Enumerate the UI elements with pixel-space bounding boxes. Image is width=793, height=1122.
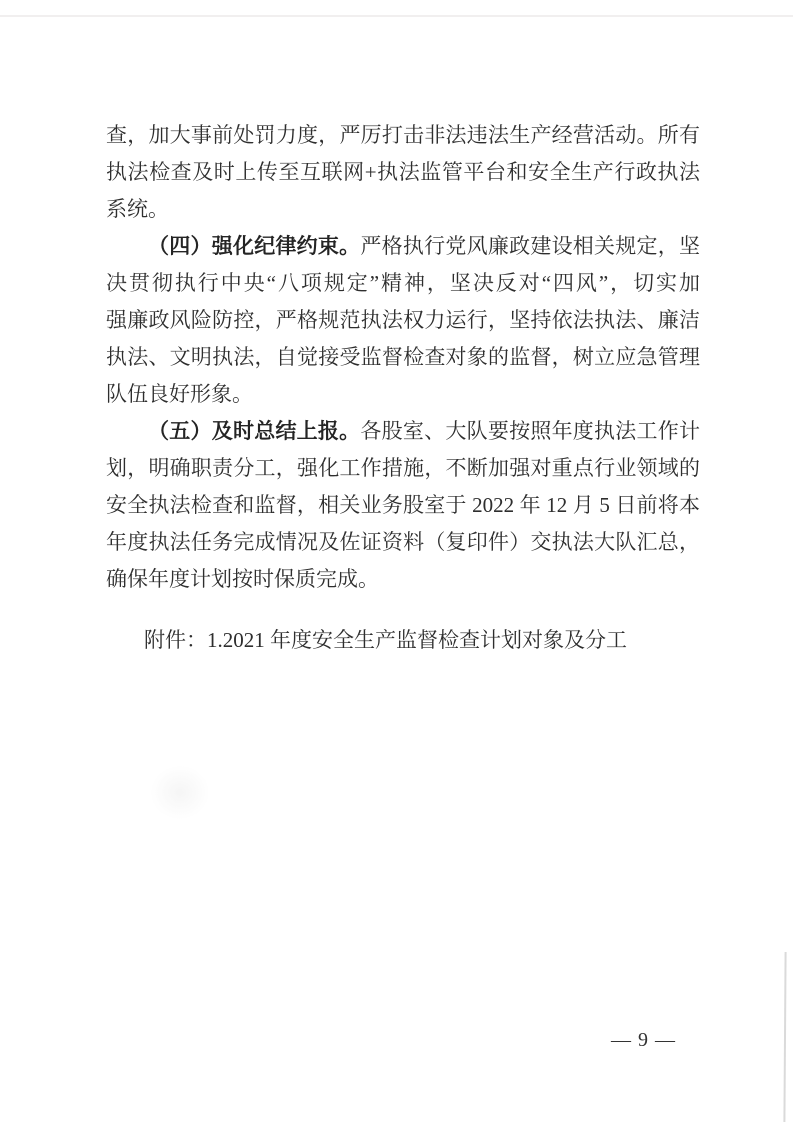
document-body: 查，加大事前处罚力度，严厉打击非法违法生产经营活动。所有执法检查及时上传至互联网… <box>106 117 700 598</box>
scan-artifact-smudge <box>150 765 210 820</box>
body-text-segment: 系统。 <box>106 197 169 221</box>
text-line: 确保年度计划按时保质完成。 <box>106 561 700 598</box>
body-text-segment: 安全执法检查和监督，相关业务股室于 2022 年 12 月 5 日前将本 <box>106 493 700 517</box>
attachment-line: 附件：1.2021 年度安全生产监督检查计划对象及分工 <box>106 622 700 659</box>
text-line: 系统。 <box>106 191 700 228</box>
body-text-segment: 查，加大事前处罚力度，严厉打击非法违法生产经营活动。所有 <box>106 123 700 147</box>
text-line: 决贯彻执行中央“八项规定”精神，坚决反对“四风”，切实加 <box>106 265 700 302</box>
page-number: — 9 — <box>611 1026 676 1054</box>
body-text-segment: 划，明确职责分工，强化工作措施，不断加强对重点行业领域的 <box>106 456 700 480</box>
text-line: 安全执法检查和监督，相关业务股室于 2022 年 12 月 5 日前将本 <box>106 487 700 524</box>
text-line: 年度执法任务完成情况及佐证资料（复印件）交执法大队汇总， <box>106 524 700 561</box>
text-line: 划，明确职责分工，强化工作措施，不断加强对重点行业领域的 <box>106 450 700 487</box>
text-line: 查，加大事前处罚力度，严厉打击非法违法生产经营活动。所有 <box>106 117 700 154</box>
para-continuation: 查，加大事前处罚力度，严厉打击非法违法生产经营活动。所有执法检查及时上传至互联网… <box>106 117 700 228</box>
text-line: 执法、文明执法，自觉接受监督检查对象的监督，树立应急管理 <box>106 339 700 376</box>
text-line: （四）强化纪律约束。严格执行党风廉政建设相关规定，坚 <box>106 228 700 265</box>
para-section-4: （四）强化纪律约束。严格执行党风廉政建设相关规定，坚决贯彻执行中央“八项规定”精… <box>106 228 700 413</box>
scan-artifact-right-line <box>783 952 786 1122</box>
body-text-segment: 执法检查及时上传至互联网+执法监管平台和安全生产行政执法 <box>106 160 700 184</box>
document-page: 查，加大事前处罚力度，严厉打击非法违法生产经营活动。所有执法检查及时上传至互联网… <box>0 0 793 1122</box>
body-text-segment: 各股室、大队要按照年度执法工作计 <box>360 419 700 443</box>
scan-artifact-top-line <box>0 15 793 17</box>
section-heading-text: （四）强化纪律约束。 <box>148 234 360 258</box>
text-line: 强廉政风险防控，严格规范执法权力运行，坚持依法执法、廉洁 <box>106 302 700 339</box>
body-text-segment: 队伍良好形象。 <box>106 382 253 406</box>
body-text-segment: 强廉政风险防控，严格规范执法权力运行，坚持依法执法、廉洁 <box>106 308 700 332</box>
body-text-segment: 确保年度计划按时保质完成。 <box>106 567 379 591</box>
body-text-segment: 严格执行党风廉政建设相关规定，坚 <box>360 234 700 258</box>
body-text-segment: 决贯彻执行中央“八项规定”精神，坚决反对“四风”，切实加 <box>106 271 700 295</box>
para-section-5: （五）及时总结上报。各股室、大队要按照年度执法工作计划，明确职责分工，强化工作措… <box>106 413 700 598</box>
text-line: 队伍良好形象。 <box>106 376 700 413</box>
body-text-segment: 年度执法任务完成情况及佐证资料（复印件）交执法大队汇总， <box>106 530 700 554</box>
text-line: 执法检查及时上传至互联网+执法监管平台和安全生产行政执法 <box>106 154 700 191</box>
text-line: （五）及时总结上报。各股室、大队要按照年度执法工作计 <box>106 413 700 450</box>
section-heading-text: （五）及时总结上报。 <box>148 419 360 443</box>
body-text-segment: 执法、文明执法，自觉接受监督检查对象的监督，树立应急管理 <box>106 345 700 369</box>
